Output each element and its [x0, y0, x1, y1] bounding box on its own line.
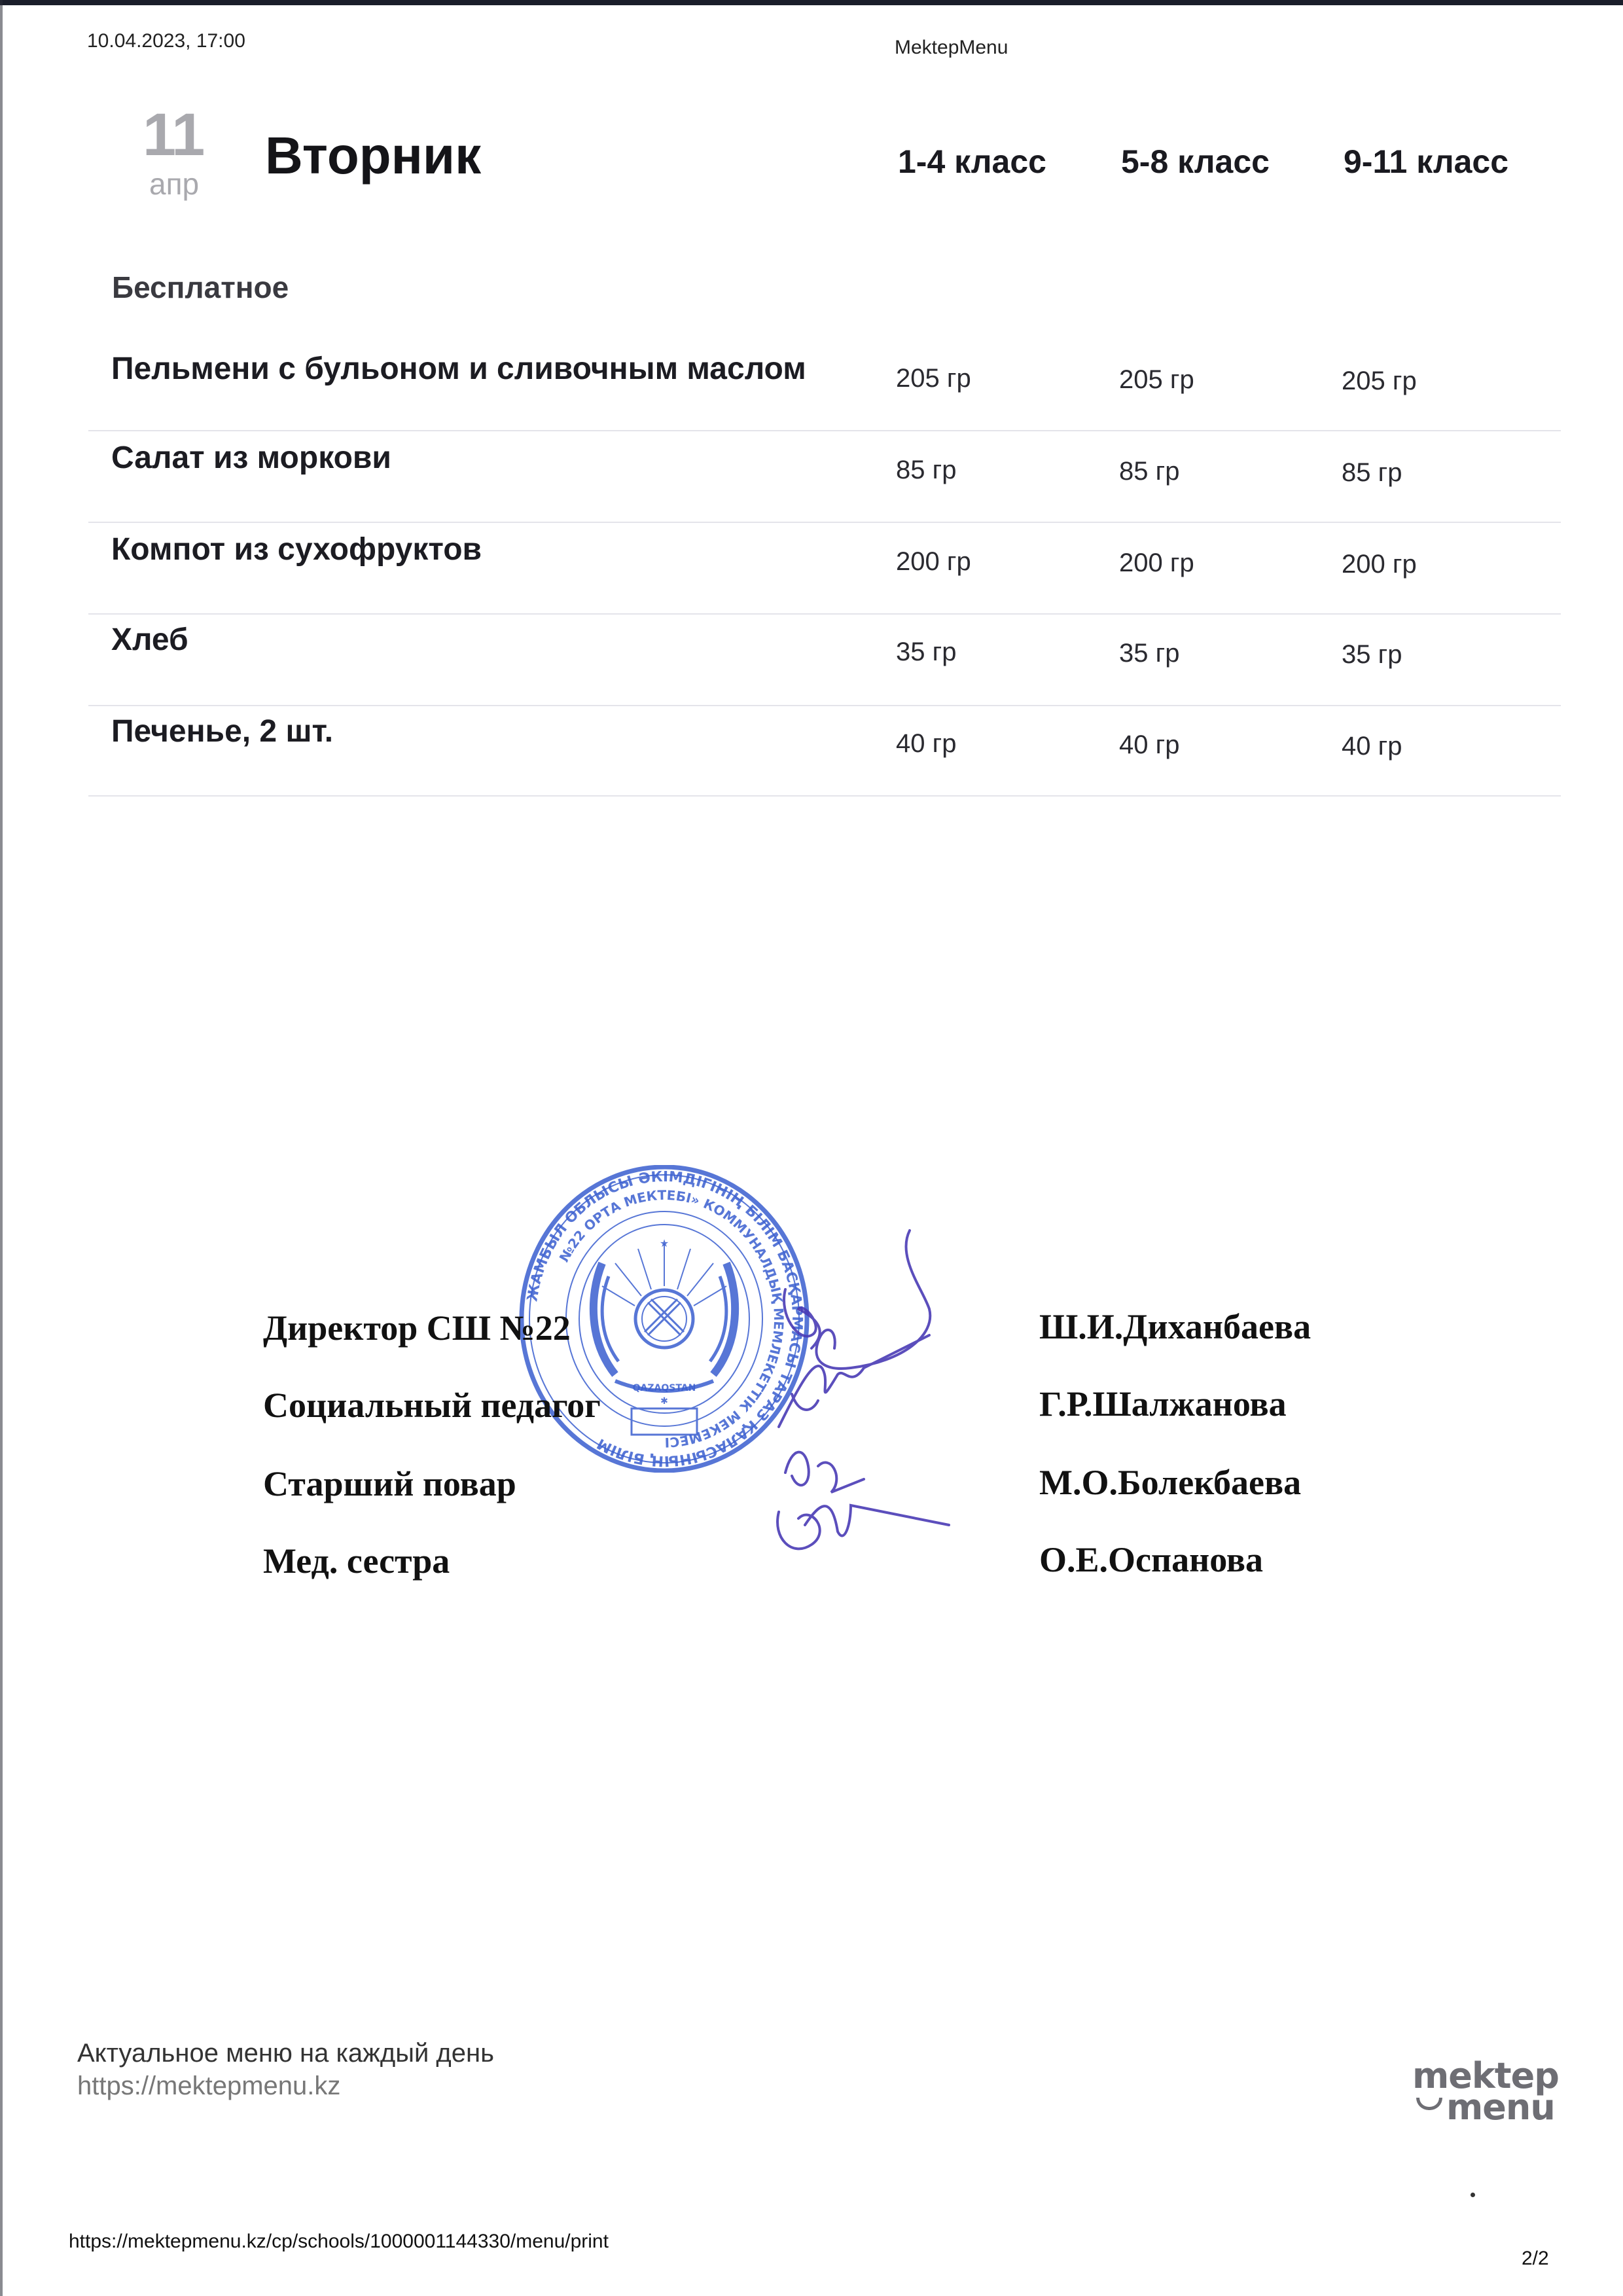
svg-text:✱: ✱	[660, 1396, 668, 1407]
print-timestamp: 10.04.2023, 17:00	[87, 30, 245, 52]
portion-grade-9-11: 205 гр	[1342, 367, 1417, 396]
footer-site-link[interactable]: https://mektepmenu.kz	[77, 2072, 340, 2101]
svg-text:★: ★	[660, 1237, 669, 1249]
dish-name: Печенье, 2 шт.	[111, 713, 333, 749]
svg-text:QAZAQSTAN: QAZAQSTAN	[633, 1383, 696, 1393]
portion-grade-5-8: 85 гр	[1119, 457, 1179, 486]
portion-grade-5-8: 35 гр	[1119, 639, 1179, 668]
signatory-role: Старший повар	[263, 1463, 516, 1504]
dish-name: Салат из моркови	[111, 440, 391, 476]
row-divider	[88, 613, 1561, 615]
handwritten-signatures	[772, 1217, 1008, 1571]
column-header-grade-5-8: 5-8 класс	[1121, 145, 1270, 178]
portion-grade-1-4: 200 гр	[896, 547, 971, 577]
signatory-name: Ш.И.Диханбаева	[1039, 1306, 1311, 1347]
portion-grade-1-4: 35 гр	[896, 637, 956, 667]
day-number: 11	[143, 105, 204, 165]
footer-tagline: Актуальное меню на каждый день	[77, 2039, 494, 2068]
scan-speck	[1471, 2193, 1475, 2197]
section-title: Бесплатное	[112, 270, 289, 305]
portion-grade-5-8: 200 гр	[1119, 548, 1194, 578]
portion-grade-9-11: 85 гр	[1342, 458, 1402, 488]
portion-grade-9-11: 35 гр	[1342, 640, 1402, 670]
smile-icon	[1416, 2098, 1442, 2110]
signatory-role: Директор СШ №22	[263, 1308, 571, 1348]
scan-top-edge	[0, 0, 1623, 5]
portion-grade-5-8: 205 гр	[1119, 365, 1194, 395]
row-divider	[88, 705, 1561, 706]
weekday-title: Вторник	[265, 130, 481, 182]
print-page-title: MektepMenu	[895, 37, 1008, 59]
portion-grade-9-11: 40 гр	[1342, 732, 1402, 761]
scan-left-edge	[0, 0, 3, 2296]
mektepmenu-logo: mektep menu	[1412, 2058, 1550, 2130]
signatory-name: О.Е.Оспанова	[1039, 1539, 1263, 1580]
row-divider	[88, 430, 1561, 431]
dish-name: Хлеб	[111, 622, 188, 658]
portion-grade-9-11: 200 гр	[1342, 550, 1417, 579]
portion-grade-5-8: 40 гр	[1119, 730, 1179, 760]
day-month: апр	[149, 169, 199, 199]
row-divider	[88, 522, 1561, 523]
dish-name: Компот из сухофруктов	[111, 531, 482, 567]
column-header-grade-9-11: 9-11 класс	[1344, 145, 1508, 178]
portion-grade-1-4: 85 гр	[896, 456, 956, 485]
portion-grade-1-4: 205 гр	[896, 364, 971, 393]
signatory-role: Мед. сестра	[263, 1541, 450, 1581]
signatory-name: М.О.Болекбаева	[1039, 1462, 1301, 1503]
signatory-name: Г.Р.Шалжанова	[1039, 1384, 1287, 1424]
signatory-role: Социальный педагог	[263, 1385, 601, 1426]
dish-name: Пельмени с бульоном и сливочным маслом	[111, 351, 806, 387]
row-divider	[88, 795, 1561, 797]
column-header-grade-1-4: 1-4 класс	[898, 145, 1046, 178]
print-url: https://mektepmenu.kz/cp/schools/1000001…	[69, 2231, 609, 2253]
logo-text-line2: menu	[1446, 2090, 1555, 2125]
page-number: 2/2	[1522, 2248, 1549, 2270]
portion-grade-1-4: 40 гр	[896, 729, 956, 759]
